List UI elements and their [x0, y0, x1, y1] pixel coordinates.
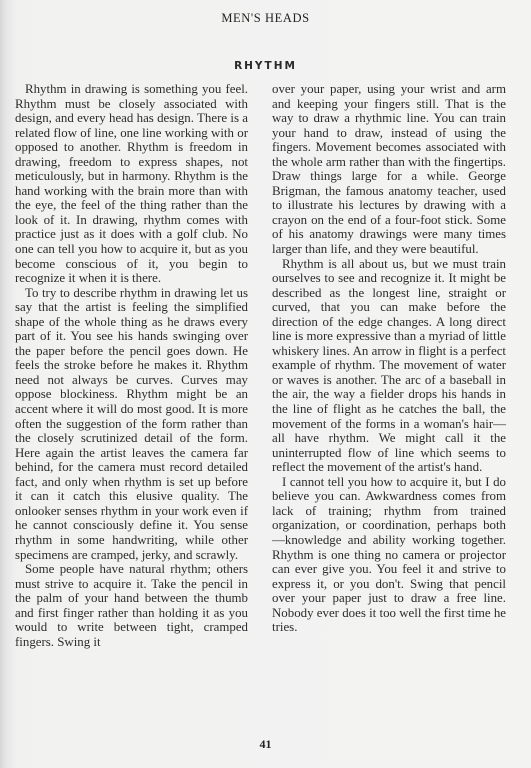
paragraph: I cannot tell you how to acquire it, but…: [272, 475, 506, 635]
paragraph: Rhythm in drawing is something you feel.…: [15, 82, 248, 286]
paragraph: To try to describe rhythm in drawing let…: [15, 286, 248, 562]
page-number: 41: [0, 737, 531, 752]
left-column: Rhythm in drawing is something you feel.…: [15, 82, 248, 649]
running-head: MEN'S HEADS: [0, 11, 531, 26]
paragraph-continued: over your paper, using your wrist and ar…: [272, 82, 506, 257]
paragraph: Some people have natural rhythm; others …: [15, 562, 248, 649]
paragraph: Rhythm is all about us, but we must trai…: [272, 257, 506, 475]
book-page: MEN'S HEADS RHYTHM Rhythm in drawing is …: [0, 0, 531, 768]
section-title: RHYTHM: [0, 60, 531, 72]
right-column: over your paper, using your wrist and ar…: [272, 82, 506, 635]
